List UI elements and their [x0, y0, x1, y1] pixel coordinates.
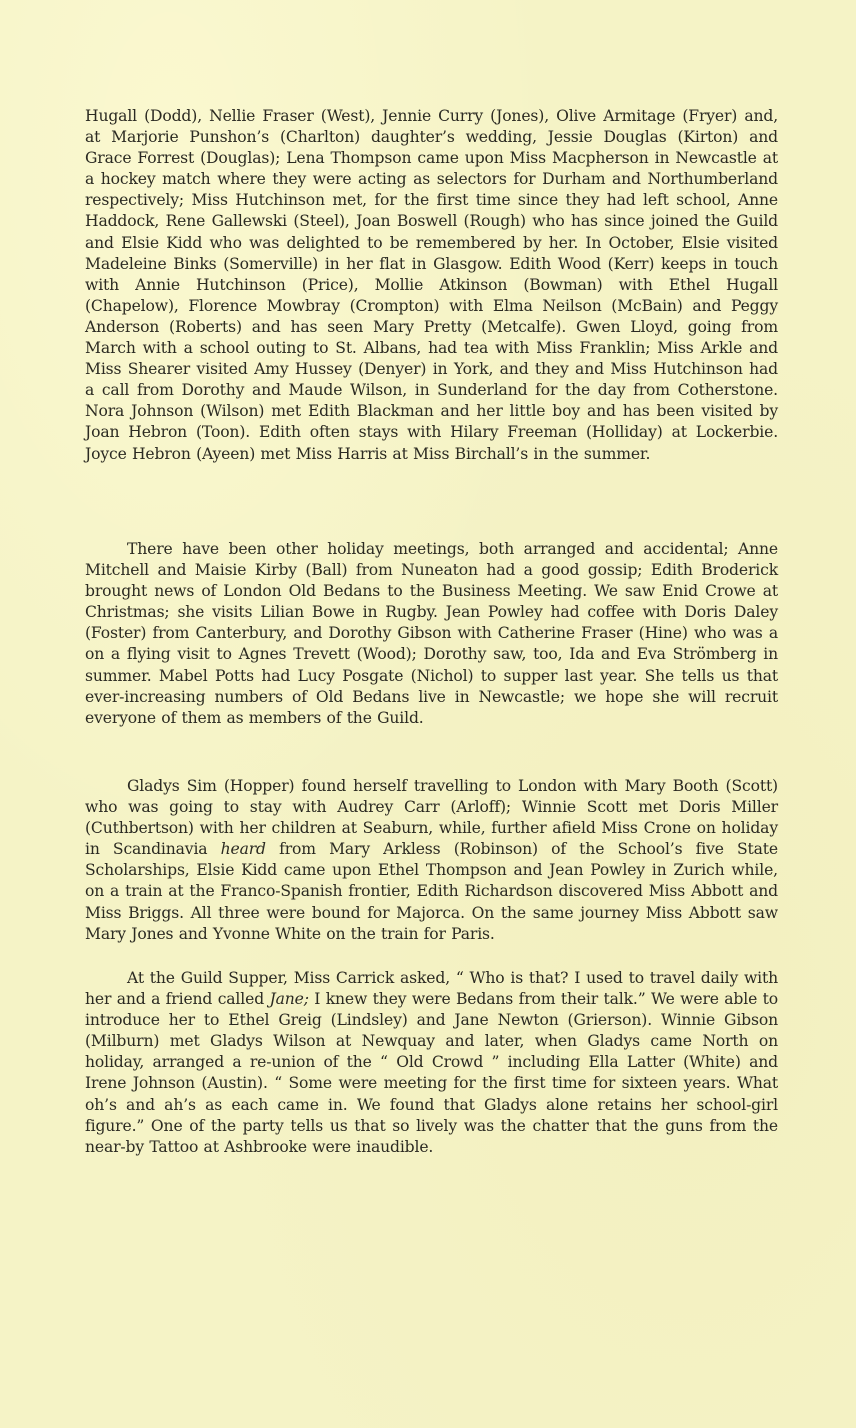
paragraph-holiday-reunions: Hugall (Dodd), Nellie Fraser (West), Jen…: [85, 106, 778, 465]
text-run: There have been other holiday meetings, …: [85, 540, 778, 727]
italic-text: heard: [221, 840, 266, 858]
paragraph-other-holiday-meetings: There have been other holiday meetings, …: [85, 539, 778, 729]
paragraph-guild-supper: At the Guild Supper, Miss Carrick asked,…: [85, 968, 778, 1158]
italic-text: Jane;: [269, 990, 308, 1008]
text-run: I knew they were Bedans from their talk.…: [85, 990, 778, 1156]
text-run: Hugall (Dodd), Nellie Fraser (West), Jen…: [85, 107, 778, 463]
paragraph-travel-encounters: Gladys Sim (Hopper) found herself travel…: [85, 776, 778, 945]
